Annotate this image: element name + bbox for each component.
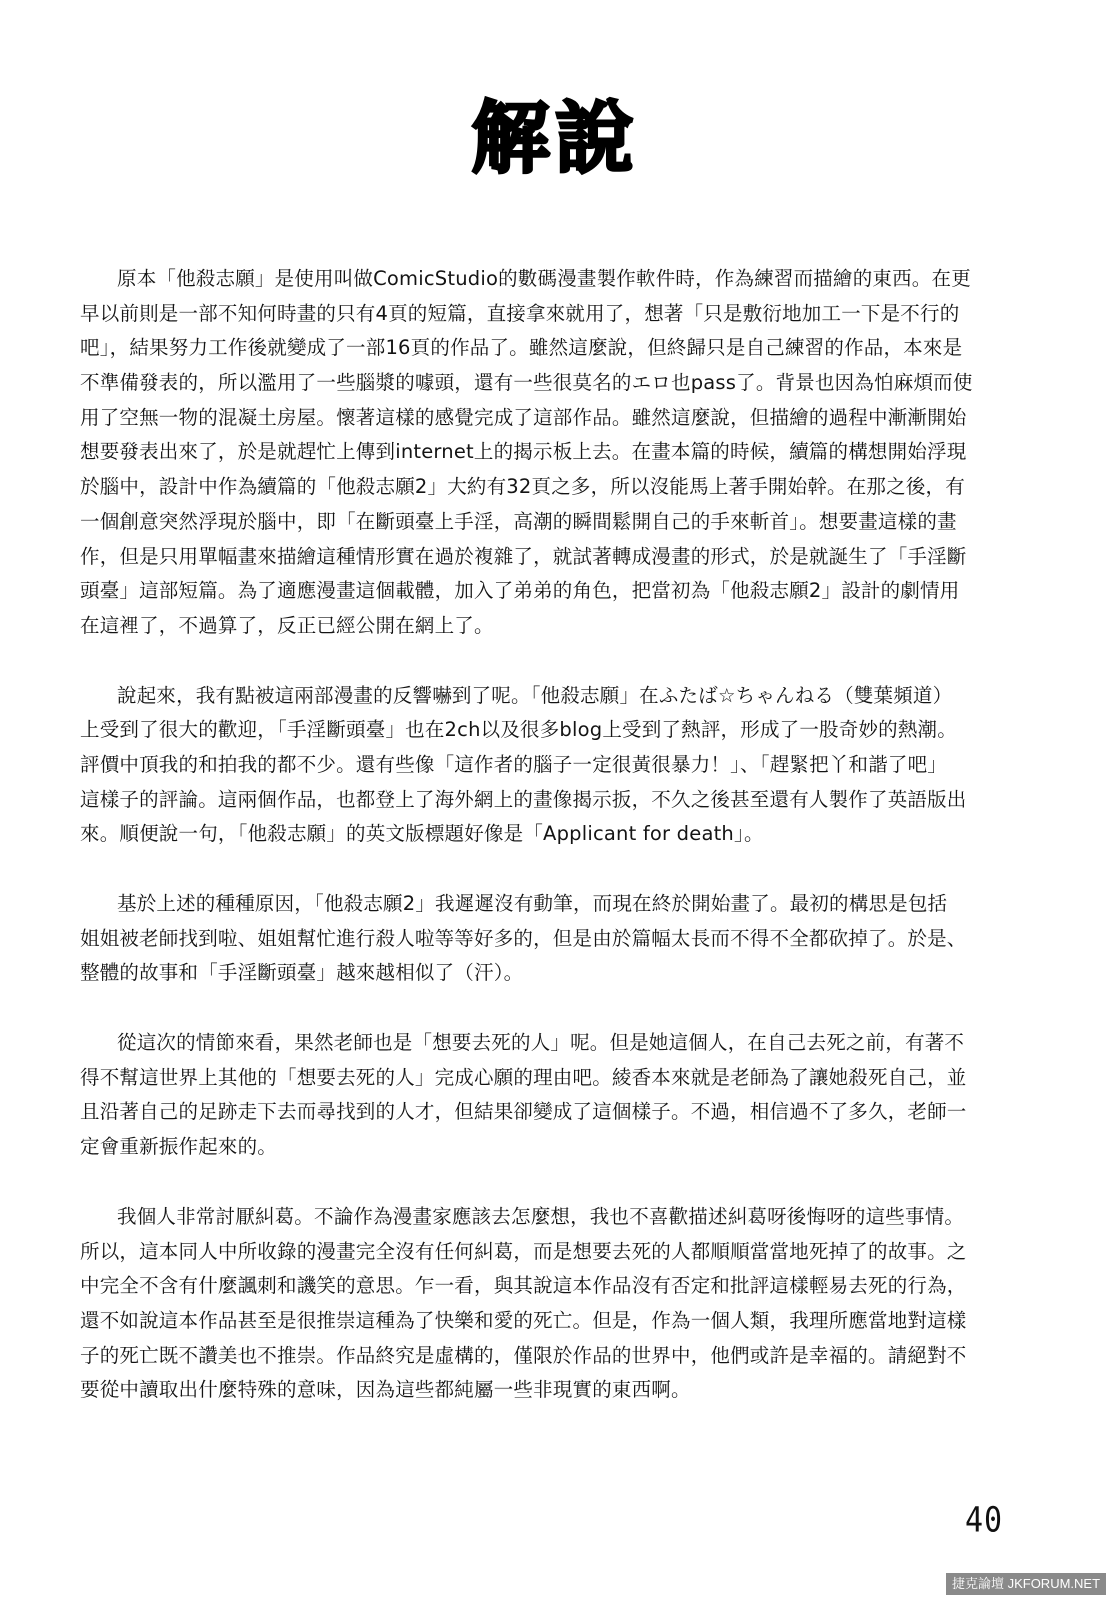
- text-line: 來。順便說一句，「他殺志願」的英文版標題好像是「Applicant for de…: [80, 817, 1040, 852]
- text-line: 吧」，結果努力工作後就變成了一部16頁的作品了。雖然這麼說，但終歸只是自己練習的…: [80, 331, 1040, 366]
- paragraph-reception: 說起來，我有點被這兩部漫畫的反響嚇到了呢。「他殺志願」在ふたば☆ちゃんねる（雙葉…: [80, 679, 1040, 852]
- text-line: 定會重新振作起來的。: [80, 1130, 1040, 1165]
- text-line: 還不如說這本作品甚至是很推崇這種為了快樂和愛的死亡。但是，作為一個人類，我理所應…: [80, 1304, 1040, 1339]
- text-line: 上受到了很大的歡迎，「手淫斷頭臺」也在2ch以及很多blog上受到了熱評，形成了…: [80, 713, 1040, 748]
- page-number: 40: [965, 1500, 1003, 1540]
- paragraph-sequel: 基於上述的種種原因，「他殺志願2」我遲遲沒有動筆，而現在終於開始畫了。最初的構思…: [80, 887, 1040, 991]
- text-line: 從這次的情節來看，果然老師也是「想要去死的人」呢。但是她這個人，在自己去死之前，…: [80, 1026, 1040, 1061]
- text-line: 整體的故事和「手淫斷頭臺」越來越相似了（汗）。: [80, 956, 1040, 991]
- text-line: 於腦中，設計中作為續篇的「他殺志願2」大約有32頁之多，所以沒能馬上著手開始幹。…: [80, 470, 1040, 505]
- text-line: 子的死亡既不讚美也不推崇。作品終究是虛構的，僅限於作品的世界中，他們或許是幸福的…: [80, 1339, 1040, 1374]
- text-line: 不準備發表的，所以濫用了一些腦漿的噱頭，還有一些很莫名的エロ也pass了。背景也…: [80, 366, 1040, 401]
- text-line: 原本「他殺志願」是使用叫做ComicStudio的數碼漫畫製作軟件時，作為練習而…: [80, 262, 1040, 297]
- paragraph-closing: 我個人非常討厭糾葛。不論作為漫畫家應該去怎麼想，我也不喜歡描述糾葛呀後悔呀的這些…: [80, 1200, 1040, 1408]
- text-line: 說起來，我有點被這兩部漫畫的反響嚇到了呢。「他殺志願」在ふたば☆ちゃんねる（雙葉…: [80, 679, 1040, 714]
- text-line: 想要發表出來了，於是就趕忙上傳到internet上的揭示板上去。在畫本篇的時候，…: [80, 435, 1040, 470]
- text-line: 評價中頂我的和拍我的都不少。還有些像「這作者的腦子一定很黃很暴力！」、「趕緊把丫…: [80, 748, 1040, 783]
- text-line: 一個創意突然浮現於腦中，即「在斷頭臺上手淫，高潮的瞬間鬆開自己的手來斬首」。想要…: [80, 505, 1040, 540]
- text-line: 用了空無一物的混凝土房屋。懷著這樣的感覺完成了這部作品。雖然這麼說，但描繪的過程…: [80, 401, 1040, 436]
- text-line: 在這裡了，不過算了，反正已經公開在網上了。: [80, 609, 1040, 644]
- paragraph-origin: 原本「他殺志願」是使用叫做ComicStudio的數碼漫畫製作軟件時，作為練習而…: [80, 262, 1040, 644]
- text-line: 早以前則是一部不知何時畫的只有4頁的短篇，直接拿來就用了，想著「只是敷衍地加工一…: [80, 297, 1040, 332]
- text-line: 且沿著自己的足跡走下去而尋找到的人才，但結果卻變成了這個樣子。不過，相信過不了多…: [80, 1095, 1040, 1130]
- text-line: 姐姐被老師找到啦、姐姐幫忙進行殺人啦等等好多的，但是由於篇幅太長而不得不全都砍掉…: [80, 922, 1040, 957]
- text-line: 我個人非常討厭糾葛。不論作為漫畫家應該去怎麼想，我也不喜歡描述糾葛呀後悔呀的這些…: [80, 1200, 1040, 1235]
- text-line: 頭臺」這部短篇。為了適應漫畫這個載體，加入了弟弟的角色，把當初為「他殺志願2」設…: [80, 574, 1040, 609]
- text-line: 作，但是只用單幅畫來描繪這種情形實在過於複雜了，就試著轉成漫畫的形式，於是就誕生…: [80, 540, 1040, 575]
- text-line: 基於上述的種種原因，「他殺志願2」我遲遲沒有動筆，而現在終於開始畫了。最初的構思…: [80, 887, 1040, 922]
- text-line: 所以，這本同人中所收錄的漫畫完全沒有任何糾葛，而是想要去死的人都順順當當地死掉了…: [80, 1235, 1040, 1270]
- text-line: 得不幫這世界上其他的「想要去死的人」完成心願的理由吧。綾香本來就是老師為了讓她殺…: [80, 1061, 1040, 1096]
- watermark-badge: 捷克論壇 JKFORUM.NET: [946, 1573, 1106, 1595]
- text-line: 中完全不含有什麼諷刺和譏笑的意思。乍一看，與其說這本作品沒有否定和批評這樣輕易去…: [80, 1269, 1040, 1304]
- text-line: 這樣子的評論。這兩個作品，也都登上了海外網上的畫像揭示扳，不久之後甚至還有人製作…: [80, 783, 1040, 818]
- commentary-body: 原本「他殺志願」是使用叫做ComicStudio的數碼漫畫製作軟件時，作為練習而…: [80, 262, 1040, 1443]
- paragraph-teacher: 從這次的情節來看，果然老師也是「想要去死的人」呢。但是她這個人，在自己去死之前，…: [80, 1026, 1040, 1165]
- page-title: 解說: [0, 100, 1111, 178]
- text-line: 要從中讀取出什麼特殊的意味，因為這些都純屬一些非現實的東西啊。: [80, 1373, 1040, 1408]
